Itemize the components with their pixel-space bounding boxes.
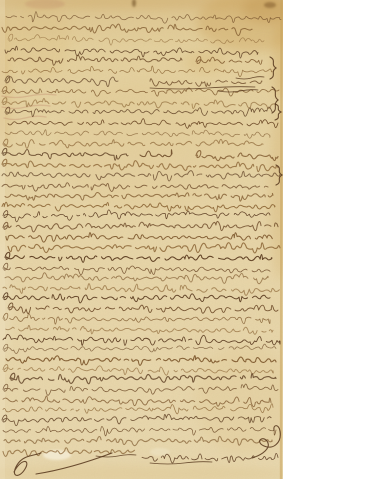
paper-layer <box>0 0 307 479</box>
manuscript-scan <box>0 0 370 479</box>
scan-background <box>0 0 370 479</box>
manuscript-svg <box>0 0 370 479</box>
